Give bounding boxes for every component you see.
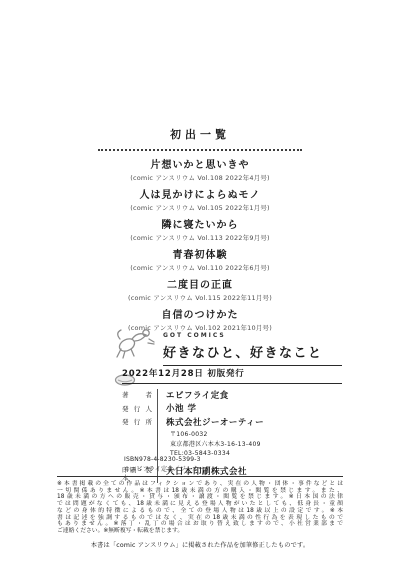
colophon-page: 初出一覧 片想いかと思いきや (comic アンスリウム Vol.108 202… <box>0 0 400 568</box>
chapter-source: (comic アンスリウム Vol.102 2021年10月号) <box>0 323 400 332</box>
reprint-note: 本書は「comic アンスリウム」に掲載された作品を加筆修正したものです。 <box>57 540 343 549</box>
issuer-label: 発行人 <box>122 403 158 417</box>
chapter-entry: 青春初体験 (comic アンスリウム Vol.110 2022年6月号) <box>0 250 400 272</box>
footer-rule <box>57 476 343 477</box>
first-publication-section: 初出一覧 片想いかと思いきや (comic アンスリウム Vol.108 202… <box>0 126 400 340</box>
credit-row-issuer: 発行人 小池 学 <box>122 403 264 417</box>
publisher-name: 株式会社ジーオーティー <box>166 418 264 428</box>
chapter-source: (comic アンスリウム Vol.113 2022年9月号) <box>0 233 400 242</box>
imprint-label: GOT COMICS <box>163 332 342 339</box>
chapter-entry: 自信のつけかた (comic アンスリウム Vol.102 2021年10月号) <box>0 310 400 332</box>
disclaimer-line: などの身体的特徴によるもので、全ての登場人物は18歳以上の設定です。※本 <box>57 508 343 515</box>
chapter-entry: 片想いかと思いきや (comic アンスリウム Vol.108 2022年4月号… <box>0 160 400 182</box>
publisher-label: 発行所 <box>122 416 158 460</box>
author-label: 著者 <box>122 389 158 403</box>
isbn-block: ISBN978-4-8230-5399-3 ©エビフライ定食／ジーオーティー <box>124 455 222 475</box>
edition-date: 2022年12月28日 初版発行 <box>122 366 342 383</box>
chapter-title: 二度目の正直 <box>0 280 400 292</box>
isbn-text: ISBN978-4-8230-5399-3 <box>124 455 222 465</box>
disclaimer-line: ご連絡ください。※無断複写・転載を禁じます。 <box>57 528 343 535</box>
first-publication-heading: 初出一覧 <box>0 126 400 142</box>
postal-code: 〒106-0032 <box>170 430 264 439</box>
chapter-title: 自信のつけかた <box>0 310 400 322</box>
copyright-text: ©エビフライ定食／ジーオーティー <box>124 465 222 475</box>
dotted-divider <box>98 149 302 151</box>
chapter-title: 人は見かけによらぬモノ <box>0 190 400 202</box>
credit-row-publisher: 発行所 株式会社ジーオーティー 〒106-0032 東京都港区六本木3-16-1… <box>122 416 264 460</box>
disclaimer-line: ※本書掲載の全ての作品はフィクションであり、実在の人物・団体・事件などとは <box>57 481 343 488</box>
chapter-source: (comic アンスリウム Vol.105 2022年1月号) <box>0 203 400 212</box>
chapter-title: 片想いかと思いきや <box>0 160 400 172</box>
chapter-source: (comic アンスリウム Vol.108 2022年4月号) <box>0 173 400 182</box>
chapter-source: (comic アンスリウム Vol.110 2022年6月号) <box>0 263 400 272</box>
chapter-entry: 人は見かけによらぬモノ (comic アンスリウム Vol.105 2022年1… <box>0 190 400 212</box>
credit-row-author: 著者 エビフライ定食 <box>122 389 264 403</box>
chapter-source: (comic アンスリウム Vol.115 2022年11月号) <box>0 293 400 302</box>
chapter-entry: 隣に寝たいから (comic アンスリウム Vol.113 2022年9月号) <box>0 220 400 242</box>
address-line: 東京都港区六本木3-16-13-409 <box>170 440 264 449</box>
publisher-value: 株式会社ジーオーティー 〒106-0032 東京都港区六本木3-16-13-40… <box>158 416 265 460</box>
disclaimer-line: では問題がなくても、18歳未満に見える登場人物がいたとしても、低身長・童顔 <box>57 501 343 508</box>
chapter-title: 青春初体験 <box>0 250 400 262</box>
chapter-entry: 二度目の正直 (comic アンスリウム Vol.115 2022年11月号) <box>0 280 400 302</box>
chapter-title: 隣に寝たいから <box>0 220 400 232</box>
issuer-value: 小池 学 <box>158 403 265 417</box>
author-value: エビフライ定食 <box>158 389 265 403</box>
disclaimer-block: ※本書掲載の全ての作品はフィクションであり、実在の人物・団体・事件などとは 一切… <box>57 481 343 535</box>
colophon-header: GOT COMICS 好きなひと、好きなこと <box>163 332 342 366</box>
edition-date-block: 2022年12月28日 初版発行 <box>122 366 342 384</box>
book-title: 好きなひと、好きなこと <box>163 342 342 361</box>
footer-section: ※本書掲載の全ての作品はフィクションであり、実在の人物・団体・事件などとは 一切… <box>57 476 343 549</box>
